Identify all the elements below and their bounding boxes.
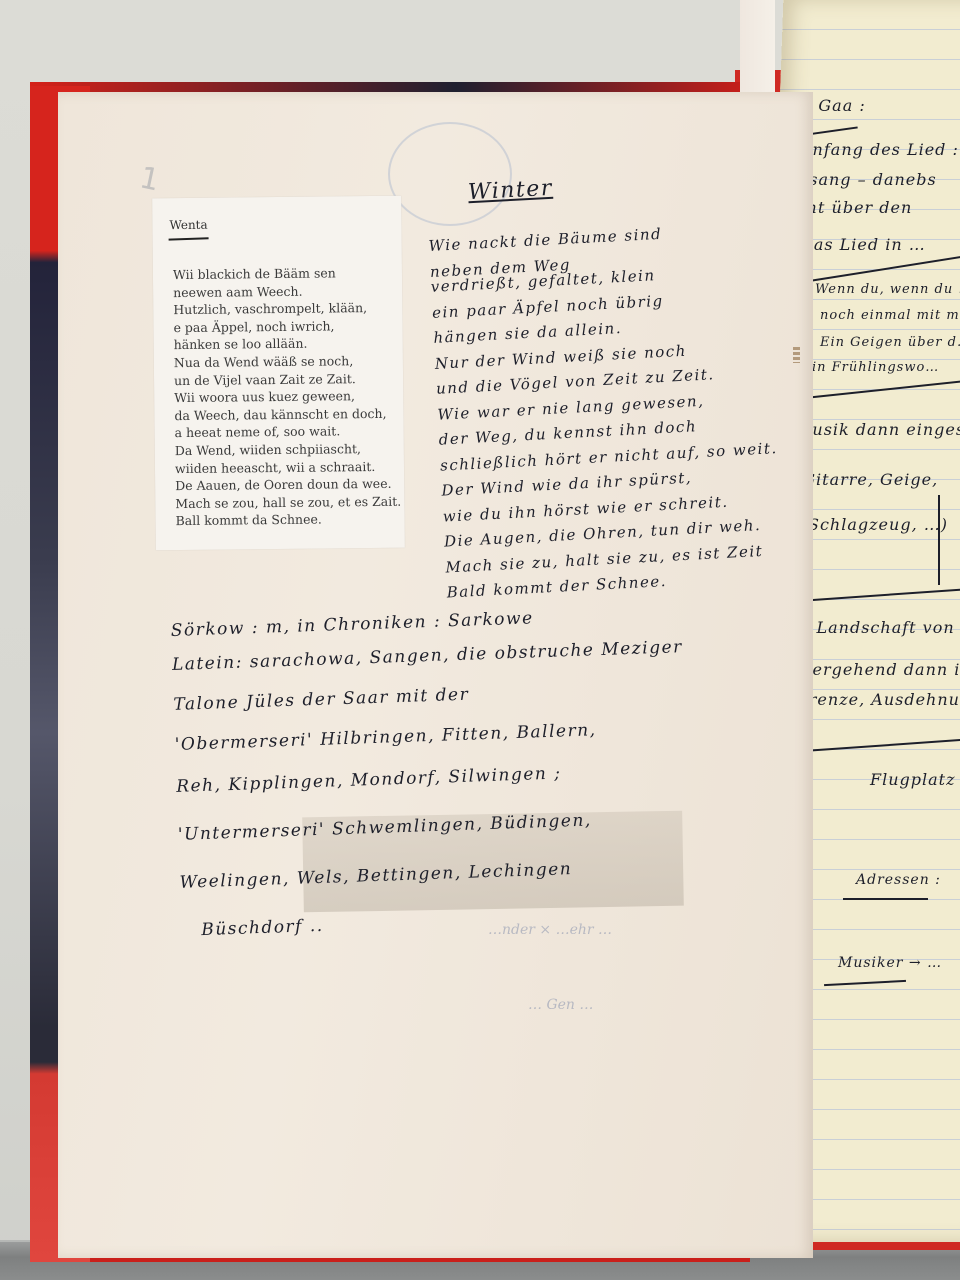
note-line: Ein Geigen über d…	[820, 335, 960, 350]
note-line: Das Lied in …	[800, 235, 926, 254]
underline	[843, 898, 928, 900]
poem-line: Mach se zou, hall se zou, et es Zait.	[175, 492, 401, 512]
bleedthrough-text: … Gen …	[528, 997, 593, 1013]
handwritten-notes: Sörkow : m, in Chroniken : Sarkowe Latei…	[170, 589, 693, 955]
handwritten-translation: Wie nackt die Bäume sind neben dem Weg v…	[428, 216, 785, 606]
note-line: (Gitarre, Geige,	[795, 470, 938, 489]
poem-line: Ball kommt da Schnee.	[175, 510, 401, 530]
page-number-ghost: 1	[137, 160, 163, 198]
faint-stamp	[388, 122, 512, 226]
note-line: in Frühlingswo…	[812, 360, 939, 375]
cover-top-edge	[30, 82, 740, 92]
note-line: Musik dann eingestr…	[795, 420, 960, 439]
note-line: Schlagzeug, …)	[808, 515, 948, 534]
note-line: übergehend dann in …	[790, 660, 960, 679]
pencil-mark	[793, 347, 800, 363]
note-line: noch einmal mit mir	[820, 308, 960, 323]
poem-line: da Weech, dau kännscht en doch,	[174, 404, 400, 424]
note-line: Grenze, Ausdehnung	[795, 690, 960, 709]
poem-title: Wenta	[169, 218, 207, 232]
poem-body: Wii blackich de Bääm sen neewen aam Weec…	[173, 264, 402, 530]
printed-poem-clipping: Wenta Wii blackich de Bääm sen neewen aa…	[152, 196, 405, 551]
poem-line: De Aauen, de Ooren doun da wee.	[175, 475, 401, 495]
note-line: Anfang des Lied :	[800, 140, 959, 159]
note-line: Musiker → …	[838, 955, 942, 971]
poem-line: Hutzlich, vaschrompelt, klään,	[173, 299, 399, 319]
note-line: Adressen :	[856, 872, 941, 888]
left-page: 1 Wenta Wii blackich de Bääm sen neewen …	[58, 92, 813, 1258]
handwritten-title: Winter	[467, 176, 553, 205]
vertical-rule	[938, 495, 940, 585]
note-line: Wenn du, wenn du …	[815, 282, 960, 297]
note-line: Flugplatz D…	[870, 770, 960, 789]
poem-title-underline	[169, 237, 209, 240]
bleedthrough-text: …nder × …ehr …	[488, 922, 612, 938]
